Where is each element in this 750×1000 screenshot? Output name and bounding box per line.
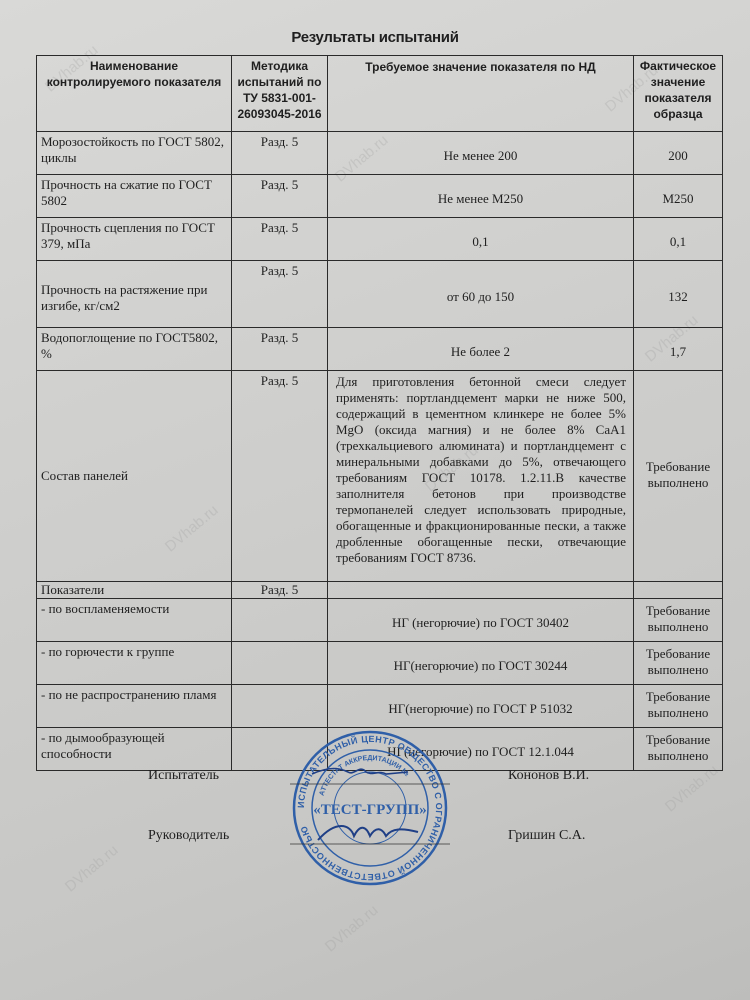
tester-name: Кононов В.И.: [508, 768, 589, 784]
required-value: Не менее М250: [328, 175, 634, 218]
watermark: DVhab.ru: [62, 842, 121, 896]
table-row: Состав панелей Разд. 5 Для приготовления…: [37, 371, 723, 582]
actual-value: Требование выполнено: [634, 642, 723, 685]
header-method: Методика испытаний по ТУ 5831-001-260930…: [232, 56, 328, 132]
actual-value: Требование выполнено: [634, 599, 723, 642]
method: Разд. 5: [232, 582, 328, 599]
method: Разд. 5: [232, 328, 328, 371]
svg-text:АТТЕСТАТ АККРЕДИТАЦИИ №: АТТЕСТАТ АККРЕДИТАЦИИ №: [319, 755, 411, 797]
method: Разд. 5: [232, 371, 328, 582]
required-value: 0,1: [328, 218, 634, 261]
actual-value: 1,7: [634, 328, 723, 371]
indicator-name: Морозостойкость по ГОСТ 5802, циклы: [37, 132, 232, 175]
required-value: НГ (негорючие) по ГОСТ 30402: [328, 599, 634, 642]
actual-value: 132: [634, 261, 723, 328]
method: [232, 599, 328, 642]
indicator-name: Прочность на сжатие по ГОСТ 5802: [37, 175, 232, 218]
actual-value: 200: [634, 132, 723, 175]
required-value: НГ(негорючие) по ГОСТ 30244: [328, 642, 634, 685]
header-required-value: Требуемое значение показателя по НД: [328, 56, 634, 132]
method: [232, 642, 328, 685]
actual-value: [634, 582, 723, 599]
table-row: Прочность на сжатие по ГОСТ 5802 Разд. 5…: [37, 175, 723, 218]
table-row: Морозостойкость по ГОСТ 5802, циклы Разд…: [37, 132, 723, 175]
svg-text:«ТЕСТ-ГРУПП»: «ТЕСТ-ГРУПП»: [313, 802, 427, 818]
required-value: от 60 до 150: [328, 261, 634, 328]
indicator-name: Прочность сцепления по ГОСТ 379, мПа: [37, 218, 232, 261]
table-row: - по воспламеняемости НГ (негорючие) по …: [37, 599, 723, 642]
table-row: Водопоглощение по ГОСТ5802, % Разд. 5 Не…: [37, 328, 723, 371]
method: Разд. 5: [232, 261, 328, 328]
actual-value: Требование выполнено: [634, 685, 723, 728]
indicator-name: Состав панелей: [37, 371, 232, 582]
table-row: Показатели Разд. 5: [37, 582, 723, 599]
actual-value: Требование выполнено: [634, 371, 723, 582]
indicator-name: Прочность на растяжение при изгибе, кг/с…: [37, 261, 232, 328]
method: Разд. 5: [232, 175, 328, 218]
actual-value: М250: [634, 175, 723, 218]
stamp-seal: ИСПЫТАТЕЛЬНЫЙ ЦЕНТР ОБЩЕСТВО С ОГРАНИЧЕН…: [290, 728, 450, 888]
method: Разд. 5: [232, 218, 328, 261]
header-indicator-name: Наименование контролируемого показателя: [37, 56, 232, 132]
indicator-name: Показатели: [37, 582, 232, 599]
required-value: [328, 582, 634, 599]
tester-label: Испытатель: [148, 768, 219, 784]
indicator-name: - по не распространению пламя: [37, 685, 232, 728]
watermark: DVhab.ru: [322, 902, 381, 956]
actual-value: 0,1: [634, 218, 723, 261]
table-row: Прочность сцепления по ГОСТ 379, мПа Раз…: [37, 218, 723, 261]
table-row: - по горючести к группе НГ(негорючие) по…: [37, 642, 723, 685]
required-value: Не менее 200: [328, 132, 634, 175]
document-title: Результаты испытаний: [0, 29, 750, 46]
head-label: Руководитель: [148, 828, 229, 844]
table-row: Прочность на растяжение при изгибе, кг/с…: [37, 261, 723, 328]
indicator-name: - по воспламеняемости: [37, 599, 232, 642]
indicator-name: Водопоглощение по ГОСТ5802, %: [37, 328, 232, 371]
table-row: - по не распространению пламя НГ(негорюч…: [37, 685, 723, 728]
indicator-name: - по горючести к группе: [37, 642, 232, 685]
method: [232, 685, 328, 728]
method: Разд. 5: [232, 132, 328, 175]
actual-value: Требование выполнено: [634, 728, 723, 771]
required-value: НГ(негорючие) по ГОСТ Р 51032: [328, 685, 634, 728]
head-name: Гришин С.А.: [508, 828, 585, 844]
required-value: Не более 2: [328, 328, 634, 371]
table-header-row: Наименование контролируемого показателя …: [37, 56, 723, 132]
results-table: Наименование контролируемого показателя …: [36, 55, 723, 771]
indicator-name: - по дымообразующей способности: [37, 728, 232, 771]
required-value: Для приготовления бетонной смеси следует…: [328, 371, 634, 582]
header-actual-value: Фактическое значение показателя образца: [634, 56, 723, 132]
